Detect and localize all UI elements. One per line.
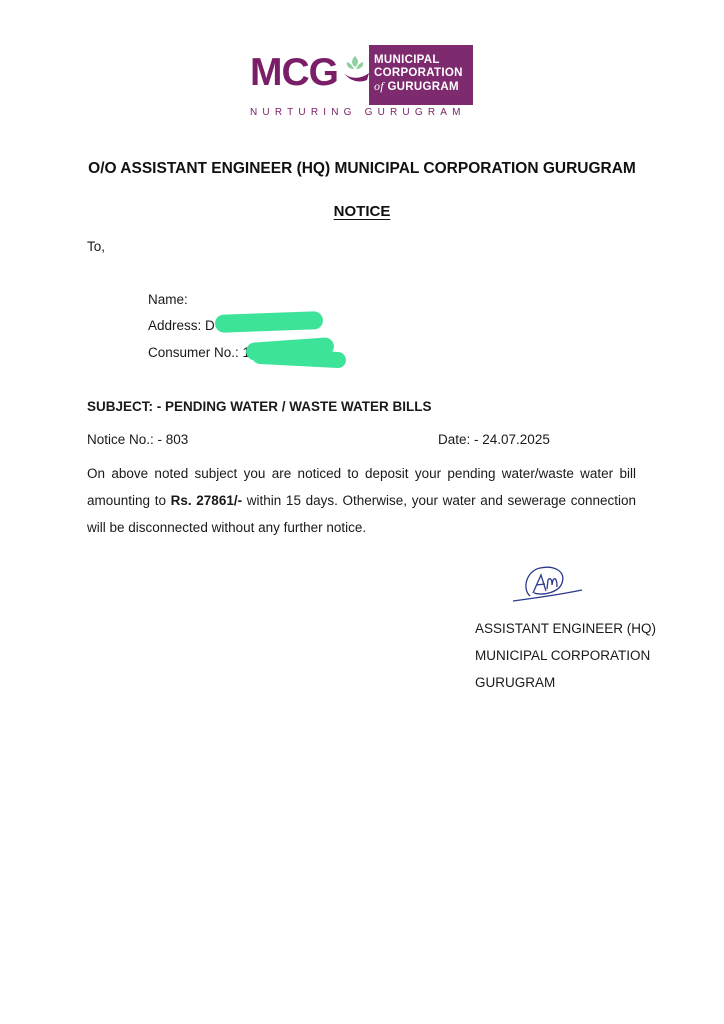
subject-line: SUBJECT: - PENDING WATER / WASTE WATER B… <box>87 399 432 414</box>
consumer-number-label: Consumer No.: 1 <box>148 345 250 360</box>
salutation: To, <box>87 239 105 254</box>
logo-of: of <box>374 79 384 93</box>
leaf-icon <box>340 52 370 86</box>
recipient-address-label: Address: D <box>148 318 215 333</box>
notice-number: Notice No.: - 803 <box>87 432 188 447</box>
logo-line-municipal: MUNICIPAL <box>374 54 473 67</box>
signatory-line-1: ASSISTANT ENGINEER (HQ) <box>475 615 656 642</box>
signatory-line-3: GURUGRAM <box>475 669 656 696</box>
logo-name-box: MUNICIPAL CORPORATION of GURUGRAM <box>369 45 473 105</box>
logo-abbreviation: MCG <box>250 53 338 92</box>
signature-icon <box>508 563 586 607</box>
logo-line-gurugram: GURUGRAM <box>387 81 458 93</box>
signatory-block: ASSISTANT ENGINEER (HQ) MUNICIPAL CORPOR… <box>475 615 656 696</box>
notice-body: On above noted subject you are noticed t… <box>87 460 636 541</box>
logo-tagline: NURTURING GURUGRAM <box>250 107 474 118</box>
redaction-mark-address-2 <box>248 316 298 328</box>
notice-title: NOTICE <box>0 203 724 220</box>
logo-line-corporation: CORPORATION <box>374 67 473 80</box>
office-heading: O/O ASSISTANT ENGINEER (HQ) MUNICIPAL CO… <box>0 160 724 178</box>
pending-amount: Rs. 27861/- <box>171 493 242 508</box>
mcg-logo: MCG MUNICIPAL CORPORATION of GURUGRAM NU… <box>250 45 474 117</box>
signatory-line-2: MUNICIPAL CORPORATION <box>475 642 656 669</box>
recipient-name-label: Name: <box>148 292 188 307</box>
notice-date: Date: - 24.07.2025 <box>438 432 550 447</box>
